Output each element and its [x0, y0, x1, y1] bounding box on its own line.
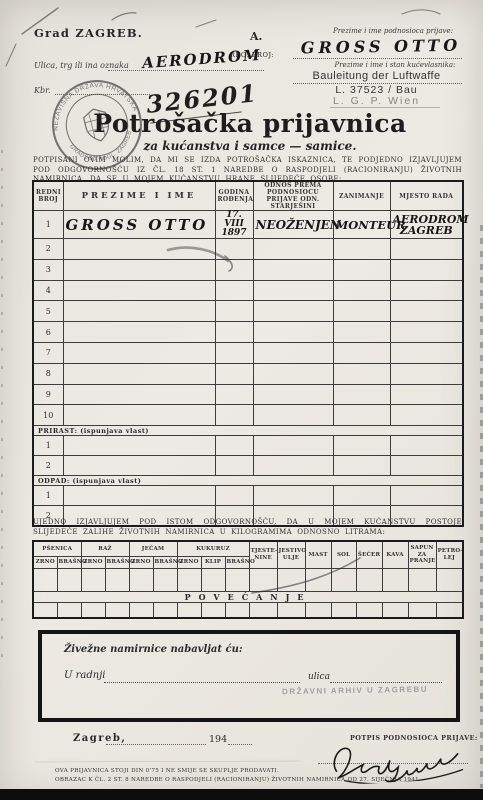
purchase-heading: Živežne namirnice nabavljat ću:: [64, 644, 243, 655]
scan-crease: [35, 761, 300, 762]
pen-mark-icon: [6, 44, 16, 66]
form-subtitle: za kućanstva i samce — samice.: [70, 139, 430, 153]
col-header-num: REDNI BROJ: [33, 181, 63, 211]
pen-mark-icon: [196, 20, 216, 27]
odpad-band: ODPAD: (ispunjava vlast): [33, 476, 463, 486]
col-kava: KAVA: [382, 541, 408, 568]
pen-mark-icon: [402, 10, 440, 14]
col-header-relation: ODNOS PREMA PODNOSIOCU PRIJAVE ODN. STAR…: [253, 181, 333, 211]
fill-line: [228, 744, 252, 745]
table-row: 5: [33, 301, 463, 322]
prirast-band: PRIRAST: (ispunjava vlast): [33, 426, 463, 436]
occupation-cell: MONTEUR: [333, 211, 390, 239]
povecanje-band: POVEĆANJE: [33, 591, 463, 602]
street-value: AERODROM: [142, 46, 263, 72]
scanned-form-page: Grad ZAGREB. A. REG. BROJ: Prezime i ime…: [0, 0, 483, 800]
empty-cell: [63, 342, 215, 363]
table-row: 6: [33, 322, 463, 343]
price-note: OVA PRIJAVNICA STOJI DIN 0'75 I NE SMIJE…: [55, 768, 279, 774]
relation-cell: NEOŽENJEN: [253, 211, 333, 239]
table-row: 2: [33, 239, 463, 260]
col-sol: SOL: [331, 541, 356, 568]
table-row: 1 GROSS OTTO 17. VIII 1897 NEOŽENJEN MON…: [33, 211, 463, 239]
table-row: 1: [33, 486, 463, 506]
group-jecam: JEČAM: [129, 541, 177, 556]
group-kukuruz: KUKURUZ: [177, 541, 249, 556]
col-header-workplace: MJESTO RADA: [390, 181, 463, 211]
persons-table: REDNI BROJ PREZIME I IME GODINA ROĐENJA …: [32, 180, 464, 527]
col-secer: ŠEĆER: [356, 541, 382, 568]
place-label: Zagreb,: [73, 733, 126, 744]
birth-cell: 17. VIII 1897: [215, 211, 253, 239]
name-cell: GROSS OTTO: [63, 211, 215, 239]
empty-cell: [63, 301, 215, 322]
form-title: Potrošačka prijavnica: [70, 109, 430, 138]
supplies-values-row: [33, 602, 463, 618]
table-row: 1: [33, 436, 463, 456]
archive-stamp: DRŽAVNI ARHIV U ZAGREBU: [282, 685, 428, 697]
supplies-intro: UJEDNO IZJAVLJUJEM POD ISTOM ODGOVORNOŠĆ…: [33, 518, 462, 537]
group-raz: RAŽ: [81, 541, 129, 556]
pen-mark-icon: [112, 13, 136, 20]
supplies-table: PŠENICA RAŽ JEČAM KUKURUZ TJESTE-NINE JE…: [32, 540, 464, 619]
table-row: 10: [33, 405, 463, 426]
fill-line: [106, 744, 206, 745]
fill-line: [104, 682, 300, 683]
applicant-name-value: GROSS OTTO: [300, 36, 462, 58]
year-prefix: 194: [209, 734, 227, 745]
col-mast: MAST: [305, 541, 331, 568]
empty-cell: [63, 405, 215, 426]
empty-cell: [63, 363, 215, 384]
fill-line: [293, 58, 462, 59]
empty-cell: [63, 280, 215, 301]
empty-cell: [63, 384, 215, 405]
radnji-label: U radnji: [64, 670, 106, 681]
table-row: 7: [33, 342, 463, 363]
landlord-label: Prezime i ime i stan kućevlasnika:: [327, 61, 463, 69]
scan-edge-left: [1, 150, 3, 670]
col-header-occupation: ZANIMANJE: [333, 181, 390, 211]
table-row: 2: [33, 456, 463, 476]
city-heading: Grad ZAGREB.: [34, 26, 143, 40]
col-petrolej: PETRO-LEJ: [436, 541, 463, 568]
col-jestivo-ulje: JESTIVO ULJE: [277, 541, 305, 568]
col-header-name: PREZIME I IME: [63, 181, 215, 211]
table-row: 8: [33, 363, 463, 384]
supplies-values-row: [33, 568, 463, 591]
workplace-cell: AERODROM ZAGREB: [390, 211, 463, 239]
empty-cell: [63, 322, 215, 343]
group-psenica: PŠENICA: [33, 541, 81, 556]
empty-cell: [63, 239, 215, 260]
col-sapun: SAPUN ZA PRANJE: [408, 541, 436, 568]
purchase-box: Živežne namirnice nabavljat ću: U radnji…: [38, 630, 460, 722]
applicant-name-label: Prezime i ime podnosioca prijave:: [323, 27, 463, 35]
scan-bottom-band: [0, 789, 483, 800]
table-row: 4: [33, 280, 463, 301]
table-row: 3: [33, 259, 463, 280]
fill-line: [330, 107, 440, 108]
table-row: 9: [33, 384, 463, 405]
ulica-label: ulica: [308, 672, 330, 682]
section-letter: A.: [250, 30, 262, 43]
street-label: Ulica, trg ili ina oznaka: [34, 61, 129, 70]
fill-line: [330, 682, 442, 683]
col-header-birth: GODINA ROĐENJA: [215, 181, 253, 211]
form-reference-note: OBRAZAC K ČL. 2 ST. 8 NAREDBE O RASPODJE…: [55, 777, 421, 783]
landlord-stamp-line3: L. G. P. Wien: [290, 95, 463, 107]
empty-cell: [63, 259, 215, 280]
landlord-stamp-line1: Bauleitung der Luftwaffe: [290, 70, 463, 82]
